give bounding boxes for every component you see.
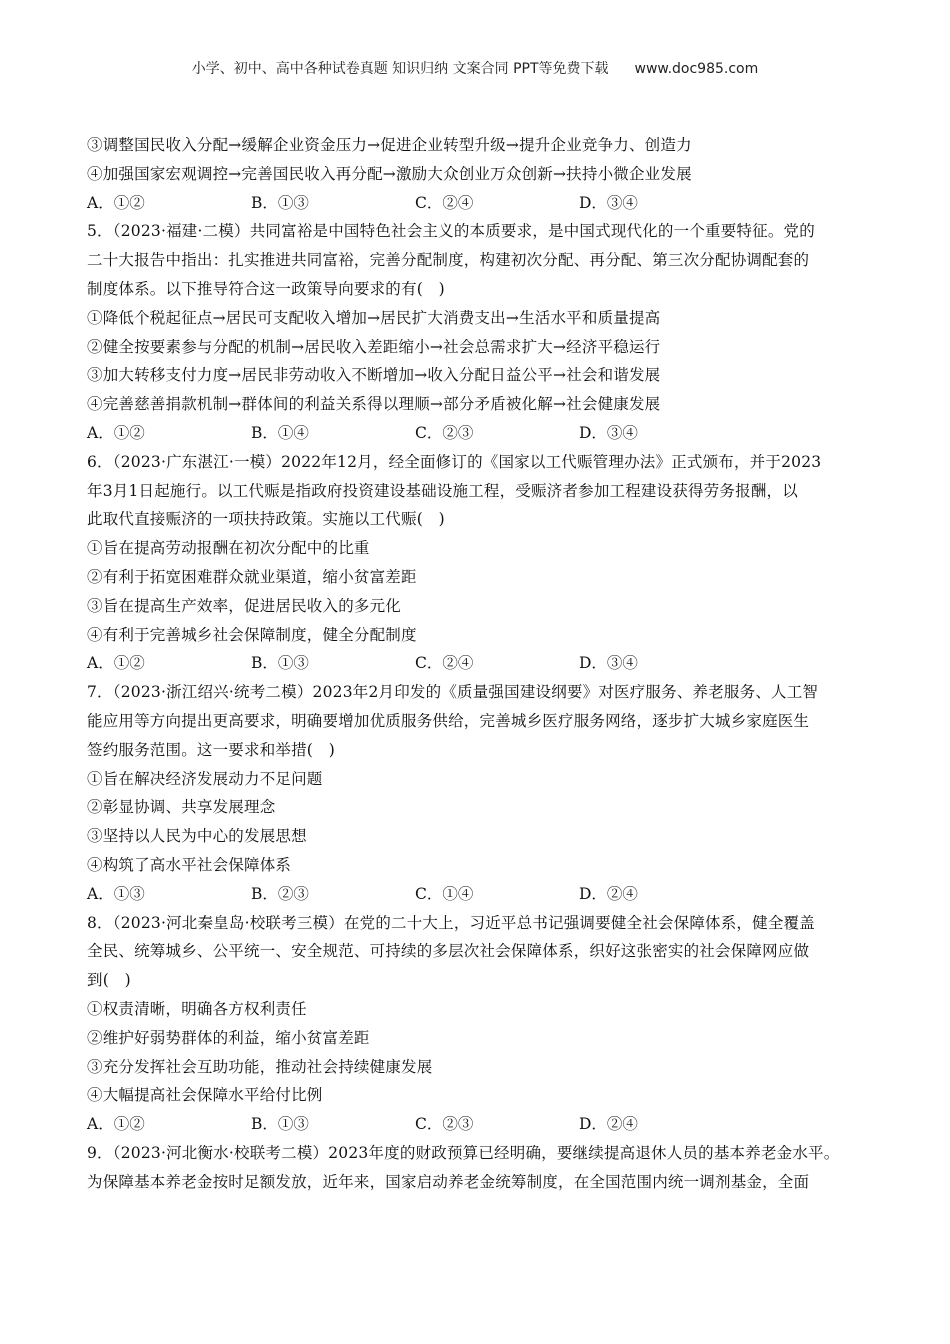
text-line: ③充分发挥社会互助功能，推动社会持续健康发展: [87, 1053, 877, 1082]
answer-option: B．①③: [251, 1110, 415, 1139]
text-line: ②有利于拓宽困难群众就业渠道，缩小贫富差距: [87, 563, 877, 592]
text-line: ③加大转移支付力度→居民非劳动收入不断增加→收入分配日益公平→社会和谐发展: [87, 361, 877, 390]
answer-options: A．①②B．①③C．②③D．②④: [87, 1110, 877, 1139]
text-line: ①权责清晰，明确各方权利责任: [87, 995, 877, 1024]
text-line: ①旨在解决经济发展动力不足问题: [87, 765, 877, 794]
text-line: 二十大报告中指出：扎实推进共同富裕，完善分配制度，构建初次分配、再分配、第三次分…: [87, 246, 877, 275]
answer-option: C．②④: [415, 189, 579, 218]
answer-option: B．①③: [251, 189, 415, 218]
text-line: 7．（2023·浙江绍兴·统考二模）2023年2月印发的《质量强国建设纲要》对医…: [87, 678, 877, 707]
answer-option: A．①②: [87, 189, 251, 218]
text-line: ③旨在提高生产效率，促进居民收入的多元化: [87, 592, 877, 621]
text-line: 签约服务范围。这一要求和举措( ): [87, 736, 877, 765]
text-line: ④构筑了高水平社会保障体系: [87, 851, 877, 880]
text-line: ④完善慈善捐款机制→群体间的利益关系得以理顺→部分矛盾被化解→社会健康发展: [87, 390, 877, 419]
header-site-link[interactable]: www.doc985.com: [635, 61, 759, 77]
header-text: 小学、初中、高中各种试卷真题 知识归纳 文案合同 PPT等免费下载: [192, 61, 609, 77]
answer-option: B．②③: [251, 880, 415, 909]
answer-option: A．①②: [87, 649, 251, 678]
answer-option: C．①④: [415, 880, 579, 909]
text-line: 制度体系。以下推导符合这一政策导向要求的有( ): [87, 275, 877, 304]
text-line: 到( ): [87, 966, 877, 995]
answer-options: A．①③B．②③C．①④D．②④: [87, 880, 877, 909]
text-line: 9．（2023·河北衡水·校联考二模）2023年度的财政预算已经明确，要继续提高…: [87, 1139, 877, 1168]
answer-option: D．③④: [579, 419, 743, 448]
text-line: ①旨在提高劳动报酬在初次分配中的比重: [87, 534, 877, 563]
text-line: ②彰显协调、共享发展理念: [87, 793, 877, 822]
text-line: 全民、统筹城乡、公平统一、安全规范、可持续的多层次社会保障体系，织好这张密实的社…: [87, 937, 877, 966]
answer-option: B．①④: [251, 419, 415, 448]
answer-option: D．③④: [579, 649, 743, 678]
answer-option: D．②④: [579, 880, 743, 909]
document-body: ③调整国民收入分配→缓解企业资金压力→促进企业转型升级→提升企业竞争力、创造力④…: [87, 131, 877, 1196]
answer-options: A．①②B．①③C．②④D．③④: [87, 649, 877, 678]
text-line: 此取代直接赈济的一项扶持政策。实施以工代赈( ): [87, 505, 877, 534]
answer-option: B．①③: [251, 649, 415, 678]
text-line: ③调整国民收入分配→缓解企业资金压力→促进企业转型升级→提升企业竞争力、创造力: [87, 131, 877, 160]
text-line: 年3月1日起施行。以工代赈是指政府投资建设基础设施工程，受赈济者参加工程建设获得…: [87, 477, 877, 506]
answer-options: A．①②B．①④C．②③D．③④: [87, 419, 877, 448]
text-line: ④加强国家宏观调控→完善国民收入再分配→激励大众创业万众创新→扶持小微企业发展: [87, 160, 877, 189]
answer-option: A．①③: [87, 880, 251, 909]
text-line: ④大幅提高社会保障水平给付比例: [87, 1081, 877, 1110]
answer-option: D．②④: [579, 1110, 743, 1139]
page-header: 小学、初中、高中各种试卷真题 知识归纳 文案合同 PPT等免费下载www.doc…: [0, 58, 950, 78]
text-line: ①降低个税起征点→居民可支配收入增加→居民扩大消费支出→生活水平和质量提高: [87, 304, 877, 333]
text-line: 8．（2023·河北秦皇岛·校联考三模）在党的二十大上，习近平总书记强调要健全社…: [87, 909, 877, 938]
text-line: ④有利于完善城乡社会保障制度，健全分配制度: [87, 621, 877, 650]
text-line: ②维护好弱势群体的利益，缩小贫富差距: [87, 1024, 877, 1053]
text-line: 6．（2023·广东湛江·一模）2022年12月，经全面修订的《国家以工代赈管理…: [87, 448, 877, 477]
answer-option: A．①②: [87, 1110, 251, 1139]
text-line: ②健全按要素参与分配的机制→居民收入差距缩小→社会总需求扩大→经济平稳运行: [87, 333, 877, 362]
answer-option: C．②③: [415, 419, 579, 448]
text-line: 能应用等方向提出更高要求，明确要增加优质服务供给，完善城乡医疗服务网络，逐步扩大…: [87, 707, 877, 736]
answer-option: D．③④: [579, 189, 743, 218]
answer-option: A．①②: [87, 419, 251, 448]
text-line: 5．（2023·福建·二模）共同富裕是中国特色社会主义的本质要求，是中国式现代化…: [87, 217, 877, 246]
answer-option: C．②④: [415, 649, 579, 678]
answer-options: A．①②B．①③C．②④D．③④: [87, 189, 877, 218]
text-line: 为保障基本养老金按时足额发放，近年来，国家启动养老金统筹制度，在全国范围内统一调…: [87, 1168, 877, 1197]
text-line: ③坚持以人民为中心的发展思想: [87, 822, 877, 851]
answer-option: C．②③: [415, 1110, 579, 1139]
